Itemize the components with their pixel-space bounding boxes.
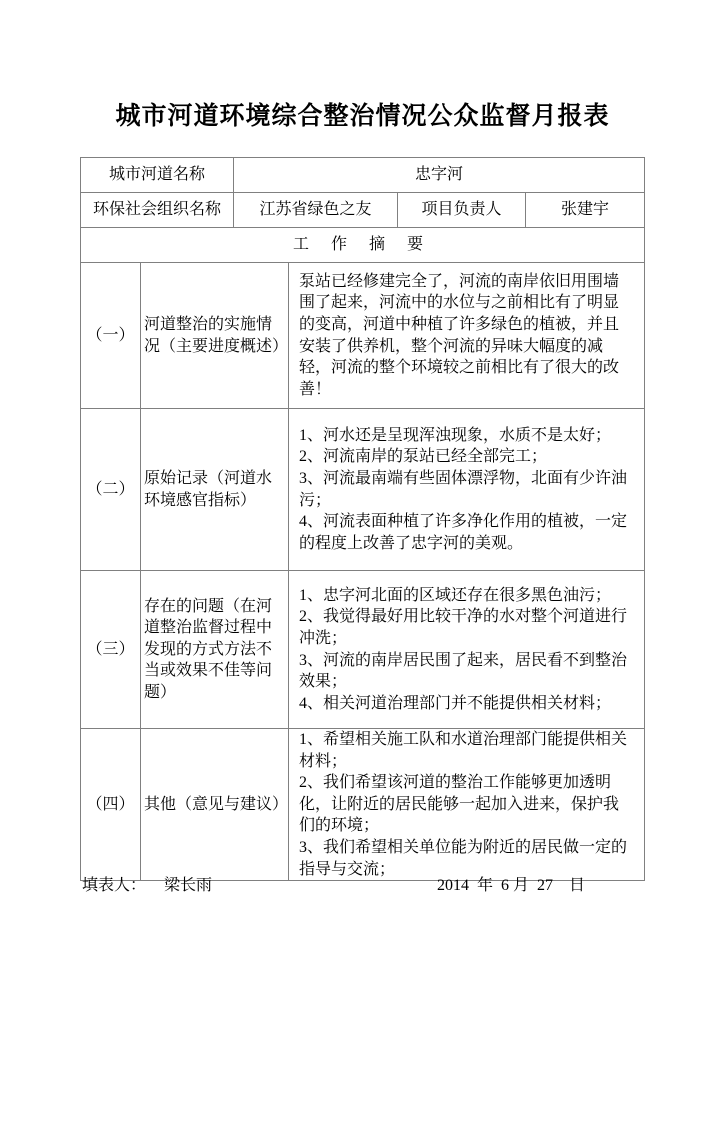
work-summary-title: 工 作 摘 要 xyxy=(81,228,645,263)
row3-label: 存在的问题（在河道整治监督过程中发现的方式方法不当或效果不佳等问题） xyxy=(141,571,289,729)
row2-index: （二） xyxy=(81,409,141,571)
row4-label: 其他（意见与建议） xyxy=(141,729,289,881)
project-leader-value: 张建宇 xyxy=(526,193,645,228)
table-row: （四） 其他（意见与建议） 1、希望相关施工队和水道治理部门能提供相关材料； 2… xyxy=(81,729,645,881)
river-name-value: 忠字河 xyxy=(234,158,645,193)
row4-index: （四） xyxy=(81,729,141,881)
report-table: 城市河道名称 忠字河 环保社会组织名称 江苏省绿色之友 项目负责人 张建宇 工 … xyxy=(80,157,645,881)
row3-content: 1、忠字河北面的区域还存在很多黑色油污； 2、我觉得最好用比较干净的水对整个河道… xyxy=(289,571,645,729)
row3-index: （三） xyxy=(81,571,141,729)
table-row: （三） 存在的问题（在河道整治监督过程中发现的方式方法不当或效果不佳等问题） 1… xyxy=(81,571,645,729)
filler-label: 填表人： xyxy=(82,874,146,898)
project-leader-label: 项目负责人 xyxy=(398,193,526,228)
report-date: 2014 年 6 月 27 日 xyxy=(437,874,585,898)
summary-title-row: 工 作 摘 要 xyxy=(81,228,645,263)
row1-index: （一） xyxy=(81,263,141,409)
monthly-report-page: 城市河道环境综合整治情况公众监督月报表 城市河道名称 忠字河 环保社会组织名称 … xyxy=(0,0,725,1121)
river-name-row: 城市河道名称 忠字河 xyxy=(81,158,645,193)
filler-name: 梁长雨 xyxy=(164,874,212,898)
footer: 填表人： 梁长雨 2014 年 6 月 27 日 xyxy=(80,874,644,898)
row1-content: 泵站已经修建完全了，河流的南岸依旧用围墙围了起来，河流中的水位与之前相比有了明显… xyxy=(289,263,645,409)
org-name-value: 江苏省绿色之友 xyxy=(234,193,398,228)
table-row: （一） 河道整治的实施情况（主要进度概述） 泵站已经修建完全了，河流的南岸依旧用… xyxy=(81,263,645,409)
row2-content: 1、河水还是呈现浑浊现象，水质不是太好； 2、河流南岸的泵站已经全部完工； 3、… xyxy=(289,409,645,571)
row2-label: 原始记录（河道水环境感官指标） xyxy=(141,409,289,571)
row4-content: 1、希望相关施工队和水道治理部门能提供相关材料； 2、我们希望该河道的整治工作能… xyxy=(289,729,645,881)
page-title: 城市河道环境综合整治情况公众监督月报表 xyxy=(0,96,725,132)
org-row: 环保社会组织名称 江苏省绿色之友 项目负责人 张建宇 xyxy=(81,193,645,228)
org-name-label: 环保社会组织名称 xyxy=(81,193,234,228)
river-name-label: 城市河道名称 xyxy=(81,158,234,193)
row1-label: 河道整治的实施情况（主要进度概述） xyxy=(141,263,289,409)
table-row: （二） 原始记录（河道水环境感官指标） 1、河水还是呈现浑浊现象，水质不是太好；… xyxy=(81,409,645,571)
